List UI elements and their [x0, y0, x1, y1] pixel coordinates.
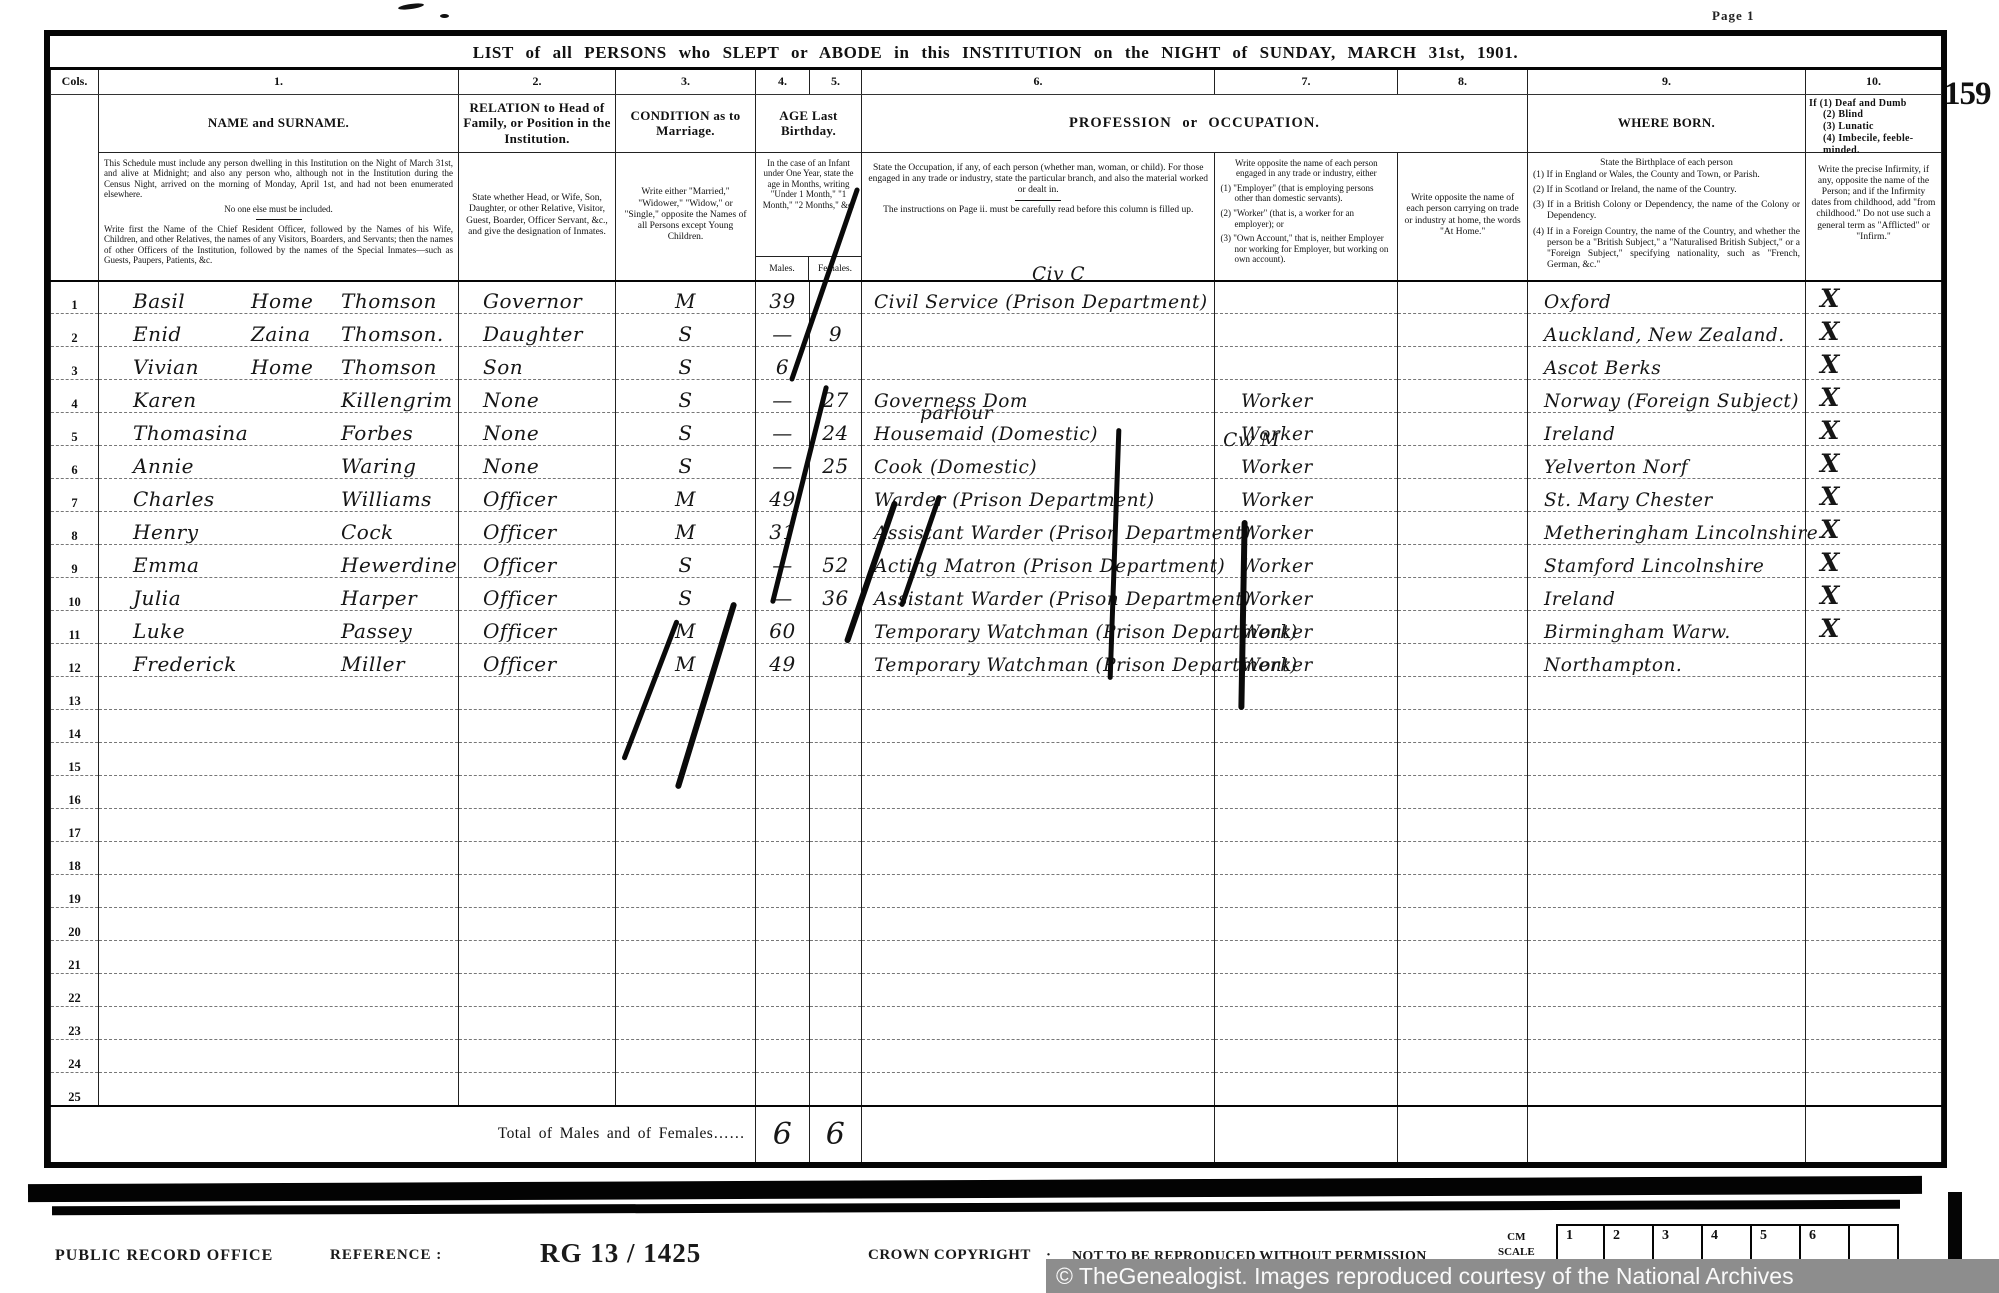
row-number: 6 [51, 446, 99, 479]
reference-number: RG 13 / 1425 [540, 1238, 701, 1269]
at-home-cell [1398, 314, 1528, 347]
person-row-4: 4KarenKillengrimNoneS—27Governess DomWor… [51, 380, 1942, 413]
col-number-2: 2. [459, 70, 616, 94]
at-home-cell [1398, 413, 1528, 446]
col-number-6: 6. [862, 70, 1215, 94]
row-number-column-header [51, 94, 99, 281]
condition-cell: M [616, 281, 756, 314]
surname: Passey [341, 619, 412, 643]
given-name: Emma [133, 553, 251, 577]
at-home-cell [1398, 677, 1528, 710]
occupation-cell [862, 908, 1215, 941]
surname: Killengrim [341, 388, 453, 412]
at-home-cell [1398, 446, 1528, 479]
where-born-cell: Metheringham Lincolnshire [1528, 512, 1806, 545]
census-table: Cols. 1. 2. 3. 4. 5. 6. 7. 8. 9. 10. NAM… [50, 70, 1942, 1162]
age-males-cell [756, 776, 810, 809]
where-born-cell: Oxford [1528, 281, 1806, 314]
where-born-cell [1528, 776, 1806, 809]
totals-empty [1398, 1106, 1528, 1162]
infirmity-cell: X [1806, 380, 1942, 413]
col-number-3: 3. [616, 70, 756, 94]
employment-status-cell [1215, 875, 1398, 908]
where-born-cell: Stamford Lincolnshire [1528, 545, 1806, 578]
occupation-cell [862, 1073, 1215, 1106]
occupation-cell: Assistant Warder (Prison Department) [862, 578, 1215, 611]
relation-cell [459, 776, 616, 809]
totals-row: Total of Males and of Females…… 6 6 [51, 1106, 1942, 1162]
relation-cell [459, 842, 616, 875]
infirmity-cell: X [1806, 479, 1942, 512]
row-number: 18 [51, 842, 99, 875]
age-females-cell [810, 842, 862, 875]
name-cell [99, 842, 459, 875]
person-row-3: 3VivianHomeThomsonSonS6Ascot BerksX [51, 347, 1942, 380]
surname: Harper [341, 586, 417, 610]
condition-cell [616, 974, 756, 1007]
given-name: Annie [133, 454, 251, 478]
employer-option-2: (2) "Worker" (that is, a worker for an e… [1220, 208, 1392, 229]
condition-cell [616, 941, 756, 974]
infirmity-column-header: If (1) Deaf and Dumb (2) Blind (3) Lunat… [1806, 94, 1942, 281]
relation-cell: Officer [459, 545, 616, 578]
at-home-cell [1398, 776, 1528, 809]
row-number: 5 [51, 413, 99, 446]
relation-cell: Officer [459, 512, 616, 545]
age-females-cell: 25 [810, 446, 862, 479]
age-males-cell: 31 [756, 512, 810, 545]
name-cell: EmmaHewerdine [99, 545, 459, 578]
row-number: 11 [51, 611, 99, 644]
at-home-cell [1398, 743, 1528, 776]
infirmity-cell [1806, 875, 1942, 908]
age-males-cell: — [756, 413, 810, 446]
totals-empty [1215, 1106, 1398, 1162]
census-sheet: LIST of all PERSONS who SLEPT or ABODE i… [44, 30, 1947, 1168]
occupation-cell: Governess Dom [862, 380, 1215, 413]
name-cell: KarenKillengrim [99, 380, 459, 413]
profession-column-title: PROFESSION or OCCUPATION. [862, 95, 1527, 153]
age-column-title: AGE Last Birthday. [756, 95, 861, 153]
name-instructions-3: Write first the Name of the Chief Reside… [104, 224, 453, 266]
given-name: Basil [133, 289, 251, 313]
total-females: 6 [810, 1106, 862, 1162]
given-name: Vivian [133, 355, 251, 379]
age-females-cell [810, 1040, 862, 1073]
name-cell: FrederickMiller [99, 644, 459, 677]
age-females-cell: 36 [810, 578, 862, 611]
at-home-cell [1398, 941, 1528, 974]
totals-label: Total of Males and of Females…… [51, 1106, 756, 1162]
infirmity-cell [1806, 908, 1942, 941]
infirmity-cell: X [1806, 314, 1942, 347]
where-born-cell [1528, 710, 1806, 743]
name-cell [99, 710, 459, 743]
person-row-25: 25 [51, 1073, 1942, 1106]
occupation-cell: parlourHousemaid (Domestic) [862, 413, 1215, 446]
employment-status-cell [1215, 908, 1398, 941]
where-born-cell [1528, 908, 1806, 941]
given-name: Henry [133, 520, 251, 544]
at-home-cell [1398, 545, 1528, 578]
age-column-header: AGE Last Birthday. In the case of an Inf… [756, 94, 862, 281]
age-females-cell [810, 809, 862, 842]
column-header-row: NAME and SURNAME. This Schedule must inc… [51, 94, 1942, 281]
where-born-cell: Ascot Berks [1528, 347, 1806, 380]
relation-cell: Daughter [459, 314, 616, 347]
profession-column-header: PROFESSION or OCCUPATION. State the Occu… [862, 94, 1528, 281]
totals-empty [1806, 1106, 1942, 1162]
row-number: 10 [51, 578, 99, 611]
where-born-cell [1528, 809, 1806, 842]
name-cell [99, 677, 459, 710]
row-number: 7 [51, 479, 99, 512]
name-cell [99, 875, 459, 908]
name-cell [99, 776, 459, 809]
ink-speck [440, 14, 449, 18]
born-instructions-intro: State the Birthplace of each person [1533, 158, 1800, 169]
row-number: 15 [51, 743, 99, 776]
where-born-cell: Ireland [1528, 413, 1806, 446]
age-males-cell: 39 [756, 281, 810, 314]
infirmity-cell [1806, 677, 1942, 710]
condition-cell: S [616, 545, 756, 578]
relation-cell: Officer [459, 578, 616, 611]
employer-option-1: (1) "Employer" (that is employing person… [1220, 183, 1392, 204]
name-cell: ThomasinaForbes [99, 413, 459, 446]
name-cell: JuliaHarper [99, 578, 459, 611]
name-cell [99, 1073, 459, 1106]
row-number: 13 [51, 677, 99, 710]
where-born-cell: Birmingham Warw. [1528, 611, 1806, 644]
infirmity-cell: X [1806, 611, 1942, 644]
person-row-16: 16 [51, 776, 1942, 809]
surname: Waring [341, 454, 416, 478]
scan-edge-mark [1948, 1192, 1962, 1264]
where-born-cell: Auckland, New Zealand. [1528, 314, 1806, 347]
person-row-5: 5ThomasinaForbesNoneS—24parlourHousemaid… [51, 413, 1942, 446]
condition-cell: M [616, 512, 756, 545]
scan-band [28, 1176, 1922, 1202]
employment-status-cell: Worker [1215, 380, 1398, 413]
occupation-cell: Warder (Prison Department) [862, 479, 1215, 512]
relation-cell: Officer [459, 479, 616, 512]
where-born-cell [1528, 743, 1806, 776]
col-number-9: 9. [1528, 70, 1806, 94]
census-schedule-page: Page 1 159 LIST of all PERSONS who SLEPT… [0, 0, 1999, 1293]
row-number: 3 [51, 347, 99, 380]
age-instructions: In the case of an Infant under One Year,… [761, 158, 856, 211]
at-home-cell [1398, 644, 1528, 677]
name-cell [99, 974, 459, 1007]
where-born-cell [1528, 1040, 1806, 1073]
relation-cell: Officer [459, 611, 616, 644]
condition-cell [616, 1040, 756, 1073]
age-males-cell [756, 1073, 810, 1106]
condition-cell [616, 842, 756, 875]
relation-cell [459, 908, 616, 941]
males-subheader: Males. [756, 257, 809, 280]
age-females-cell: 27 [810, 380, 862, 413]
occupation-cell [862, 875, 1215, 908]
condition-cell: S [616, 380, 756, 413]
infirmity-item-1: If (1) Deaf and Dumb [1809, 98, 1938, 110]
age-females-cell [810, 347, 862, 380]
given-name: Frederick [133, 652, 251, 676]
name-instructions-1: This Schedule must include any person dw… [104, 158, 453, 200]
name-cell: LukePassey [99, 611, 459, 644]
crown-copyright-label: CROWN COPYRIGHT [868, 1247, 1031, 1264]
person-row-9: 9EmmaHewerdineOfficerS—52Acting Matron (… [51, 545, 1942, 578]
infirmity-cell: X [1806, 578, 1942, 611]
age-females-cell [810, 1007, 862, 1040]
infirmity-cell [1806, 743, 1942, 776]
age-females-cell [810, 974, 862, 1007]
occupation-cell [862, 842, 1215, 875]
age-females-cell [810, 710, 862, 743]
person-row-12: 12FrederickMillerOfficerM49Temporary Wat… [51, 644, 1942, 677]
employment-status-cell [1215, 941, 1398, 974]
age-females-cell [810, 776, 862, 809]
infirmity-cell: X [1806, 545, 1942, 578]
row-number: 4 [51, 380, 99, 413]
employment-status-cell [1215, 281, 1398, 314]
middle-name: Home [251, 289, 341, 313]
employment-status-cell [1215, 314, 1398, 347]
employment-status-cell [1215, 776, 1398, 809]
age-males-cell [756, 842, 810, 875]
condition-cell: S [616, 314, 756, 347]
relation-column-title: RELATION to Head of Family, or Position … [459, 95, 615, 153]
born-rule-3: (3) If in a British Colony or Dependency… [1533, 200, 1800, 222]
relation-cell: None [459, 413, 616, 446]
name-cell: VivianHomeThomson [99, 347, 459, 380]
person-row-21: 21 [51, 941, 1942, 974]
employment-status-cell: Worker [1215, 479, 1398, 512]
age-females-cell [810, 908, 862, 941]
occupation-annotation: parlour [920, 403, 993, 424]
surname: Thomson [341, 355, 437, 379]
records-body: 1BasilHomeThomsonGovernorM39Civ CCivil S… [51, 281, 1942, 1106]
age-females-cell: 52 [810, 545, 862, 578]
person-row-15: 15 [51, 743, 1942, 776]
given-name: Enid [133, 322, 251, 346]
infirmity-cell [1806, 644, 1942, 677]
person-row-19: 19 [51, 875, 1942, 908]
person-row-8: 8HenryCockOfficerM31Assistant Warder (Pr… [51, 512, 1942, 545]
page-number-label: Page 1 [1712, 8, 1754, 24]
row-number: 17 [51, 809, 99, 842]
surname: Thomson [341, 289, 437, 313]
name-column-header: NAME and SURNAME. This Schedule must inc… [99, 94, 459, 281]
cm-scale-label: CMSCALE [1498, 1230, 1535, 1261]
name-column-title: NAME and SURNAME. [99, 95, 458, 153]
age-males-cell [756, 743, 810, 776]
condition-cell [616, 809, 756, 842]
where-born-cell: Norway (Foreign Subject) [1528, 380, 1806, 413]
at-home-cell [1398, 710, 1528, 743]
where-born-cell [1528, 842, 1806, 875]
infirmity-item-2: (2) Blind [1809, 109, 1938, 121]
middle-name: Home [251, 355, 341, 379]
where-born-cell: Northampton. [1528, 644, 1806, 677]
relation-cell [459, 974, 616, 1007]
row-number: 9 [51, 545, 99, 578]
employment-status-cell [1215, 842, 1398, 875]
age-males-cell [756, 1040, 810, 1073]
infirmity-instructions: Write the precise Infirmity, if any, opp… [1811, 165, 1936, 243]
age-males-cell [756, 710, 810, 743]
occupation-cell: Cw MCook (Domestic) [862, 446, 1215, 479]
given-name: Julia [133, 586, 251, 610]
person-row-11: 11LukePasseyOfficerM60Temporary Watchman… [51, 611, 1942, 644]
row-number: 8 [51, 512, 99, 545]
row-number: 1 [51, 281, 99, 314]
age-males-cell [756, 875, 810, 908]
row-number: 25 [51, 1073, 99, 1106]
age-males-cell [756, 974, 810, 1007]
col-number-4: 4. [756, 70, 810, 94]
employment-status-cell [1215, 809, 1398, 842]
condition-cell [616, 1007, 756, 1040]
name-cell [99, 743, 459, 776]
occupation-cell: Temporary Watchman (Prison Department) [862, 611, 1215, 644]
occupation-cell [862, 776, 1215, 809]
surname: Miller [341, 652, 405, 676]
age-males-cell: 60 [756, 611, 810, 644]
occupation-cell [862, 809, 1215, 842]
at-home-cell [1398, 380, 1528, 413]
condition-cell [616, 677, 756, 710]
person-row-24: 24 [51, 1040, 1942, 1073]
occupation-instructions: State the Occupation, if any, of each pe… [867, 163, 1209, 197]
watermark-text: © TheGenealogist. Images reproduced cour… [1056, 1263, 1794, 1290]
row-number: 2 [51, 314, 99, 347]
where-born-cell: Ireland [1528, 578, 1806, 611]
total-males: 6 [756, 1106, 810, 1162]
person-row-22: 22 [51, 974, 1942, 1007]
row-number: 16 [51, 776, 99, 809]
condition-column-title: CONDITION as to Marriage. [616, 95, 755, 153]
row-number: 12 [51, 644, 99, 677]
infirmity-cell [1806, 974, 1942, 1007]
person-row-10: 10JuliaHarperOfficerS—36Assistant Warder… [51, 578, 1942, 611]
surname: Forbes [341, 421, 413, 445]
at-home-cell [1398, 842, 1528, 875]
at-home-cell [1398, 809, 1528, 842]
condition-cell [616, 1073, 756, 1106]
person-row-2: 2EnidZainaThomson.DaughterS—9Auckland, N… [51, 314, 1942, 347]
name-cell: CharlesWilliams [99, 479, 459, 512]
employment-status-cell [1215, 974, 1398, 1007]
occupation-cell [862, 974, 1215, 1007]
age-males-cell: — [756, 380, 810, 413]
at-home-cell [1398, 512, 1528, 545]
person-row-17: 17 [51, 809, 1942, 842]
employment-status-cell [1215, 1007, 1398, 1040]
employment-status-cell [1215, 710, 1398, 743]
person-row-1: 1BasilHomeThomsonGovernorM39Civ CCivil S… [51, 281, 1942, 314]
name-cell [99, 1040, 459, 1073]
given-name: Luke [133, 619, 251, 643]
infirmity-cell [1806, 941, 1942, 974]
infirmity-cell [1806, 1007, 1942, 1040]
infirmity-cell: X [1806, 446, 1942, 479]
occupation-cell [862, 347, 1215, 380]
occupation-cell [862, 743, 1215, 776]
age-females-cell [810, 941, 862, 974]
name-cell: HenryCock [99, 512, 459, 545]
infirmity-cell: X [1806, 281, 1942, 314]
name-cell [99, 1007, 459, 1040]
relation-cell [459, 809, 616, 842]
condition-cell [616, 776, 756, 809]
col-number-1: 1. [99, 70, 459, 94]
age-females-cell: 9 [810, 314, 862, 347]
occupation-cell: Civ CCivil Service (Prison Department) [862, 281, 1215, 314]
relation-cell [459, 677, 616, 710]
at-home-cell [1398, 611, 1528, 644]
infirmity-cell: X [1806, 413, 1942, 446]
born-rule-2: (2) If in Scotland or Ireland, the name … [1533, 185, 1800, 196]
occupation-annotation: Cw M [1223, 430, 1280, 451]
relation-cell: Officer [459, 644, 616, 677]
where-born-cell [1528, 875, 1806, 908]
surname: Cock [341, 520, 394, 544]
infirmity-cell [1806, 842, 1942, 875]
age-males-cell: — [756, 578, 810, 611]
col-number-10: 10. [1806, 70, 1942, 94]
given-name: Karen [133, 388, 251, 412]
infirmity-cell [1806, 1073, 1942, 1106]
where-born-cell [1528, 1007, 1806, 1040]
ink-speck [398, 2, 424, 11]
condition-column-header: CONDITION as to Marriage. Write either "… [616, 94, 756, 281]
relation-cell: Son [459, 347, 616, 380]
at-home-cell [1398, 578, 1528, 611]
divider [256, 219, 302, 220]
condition-cell: M [616, 479, 756, 512]
occupation-cell [862, 1007, 1215, 1040]
where-born-cell [1528, 941, 1806, 974]
at-home-cell [1398, 875, 1528, 908]
where-born-column-header: WHERE BORN. State the Birthplace of each… [1528, 94, 1806, 281]
relation-cell [459, 1040, 616, 1073]
surname: Hewerdine [341, 553, 457, 577]
age-males-cell [756, 809, 810, 842]
infirmity-cell: X [1806, 512, 1942, 545]
age-females-cell [810, 743, 862, 776]
col-number-5: 5. [810, 70, 862, 94]
occupation-cell [862, 710, 1215, 743]
divider [1015, 200, 1061, 201]
where-born-column-title: WHERE BORN. [1528, 95, 1805, 153]
row-number: 23 [51, 1007, 99, 1040]
row-number: 19 [51, 875, 99, 908]
at-home-cell [1398, 974, 1528, 1007]
surname: Thomson. [341, 322, 444, 346]
totals-empty [862, 1106, 1215, 1162]
age-females-cell [810, 644, 862, 677]
occupation-cell [862, 941, 1215, 974]
age-males-cell [756, 908, 810, 941]
employment-status-cell [1215, 347, 1398, 380]
age-females-cell [810, 875, 862, 908]
occupation-cell [862, 1040, 1215, 1073]
condition-cell [616, 908, 756, 941]
name-instructions-2: No one else must be included. [104, 204, 453, 215]
infirmity-cell: X [1806, 347, 1942, 380]
